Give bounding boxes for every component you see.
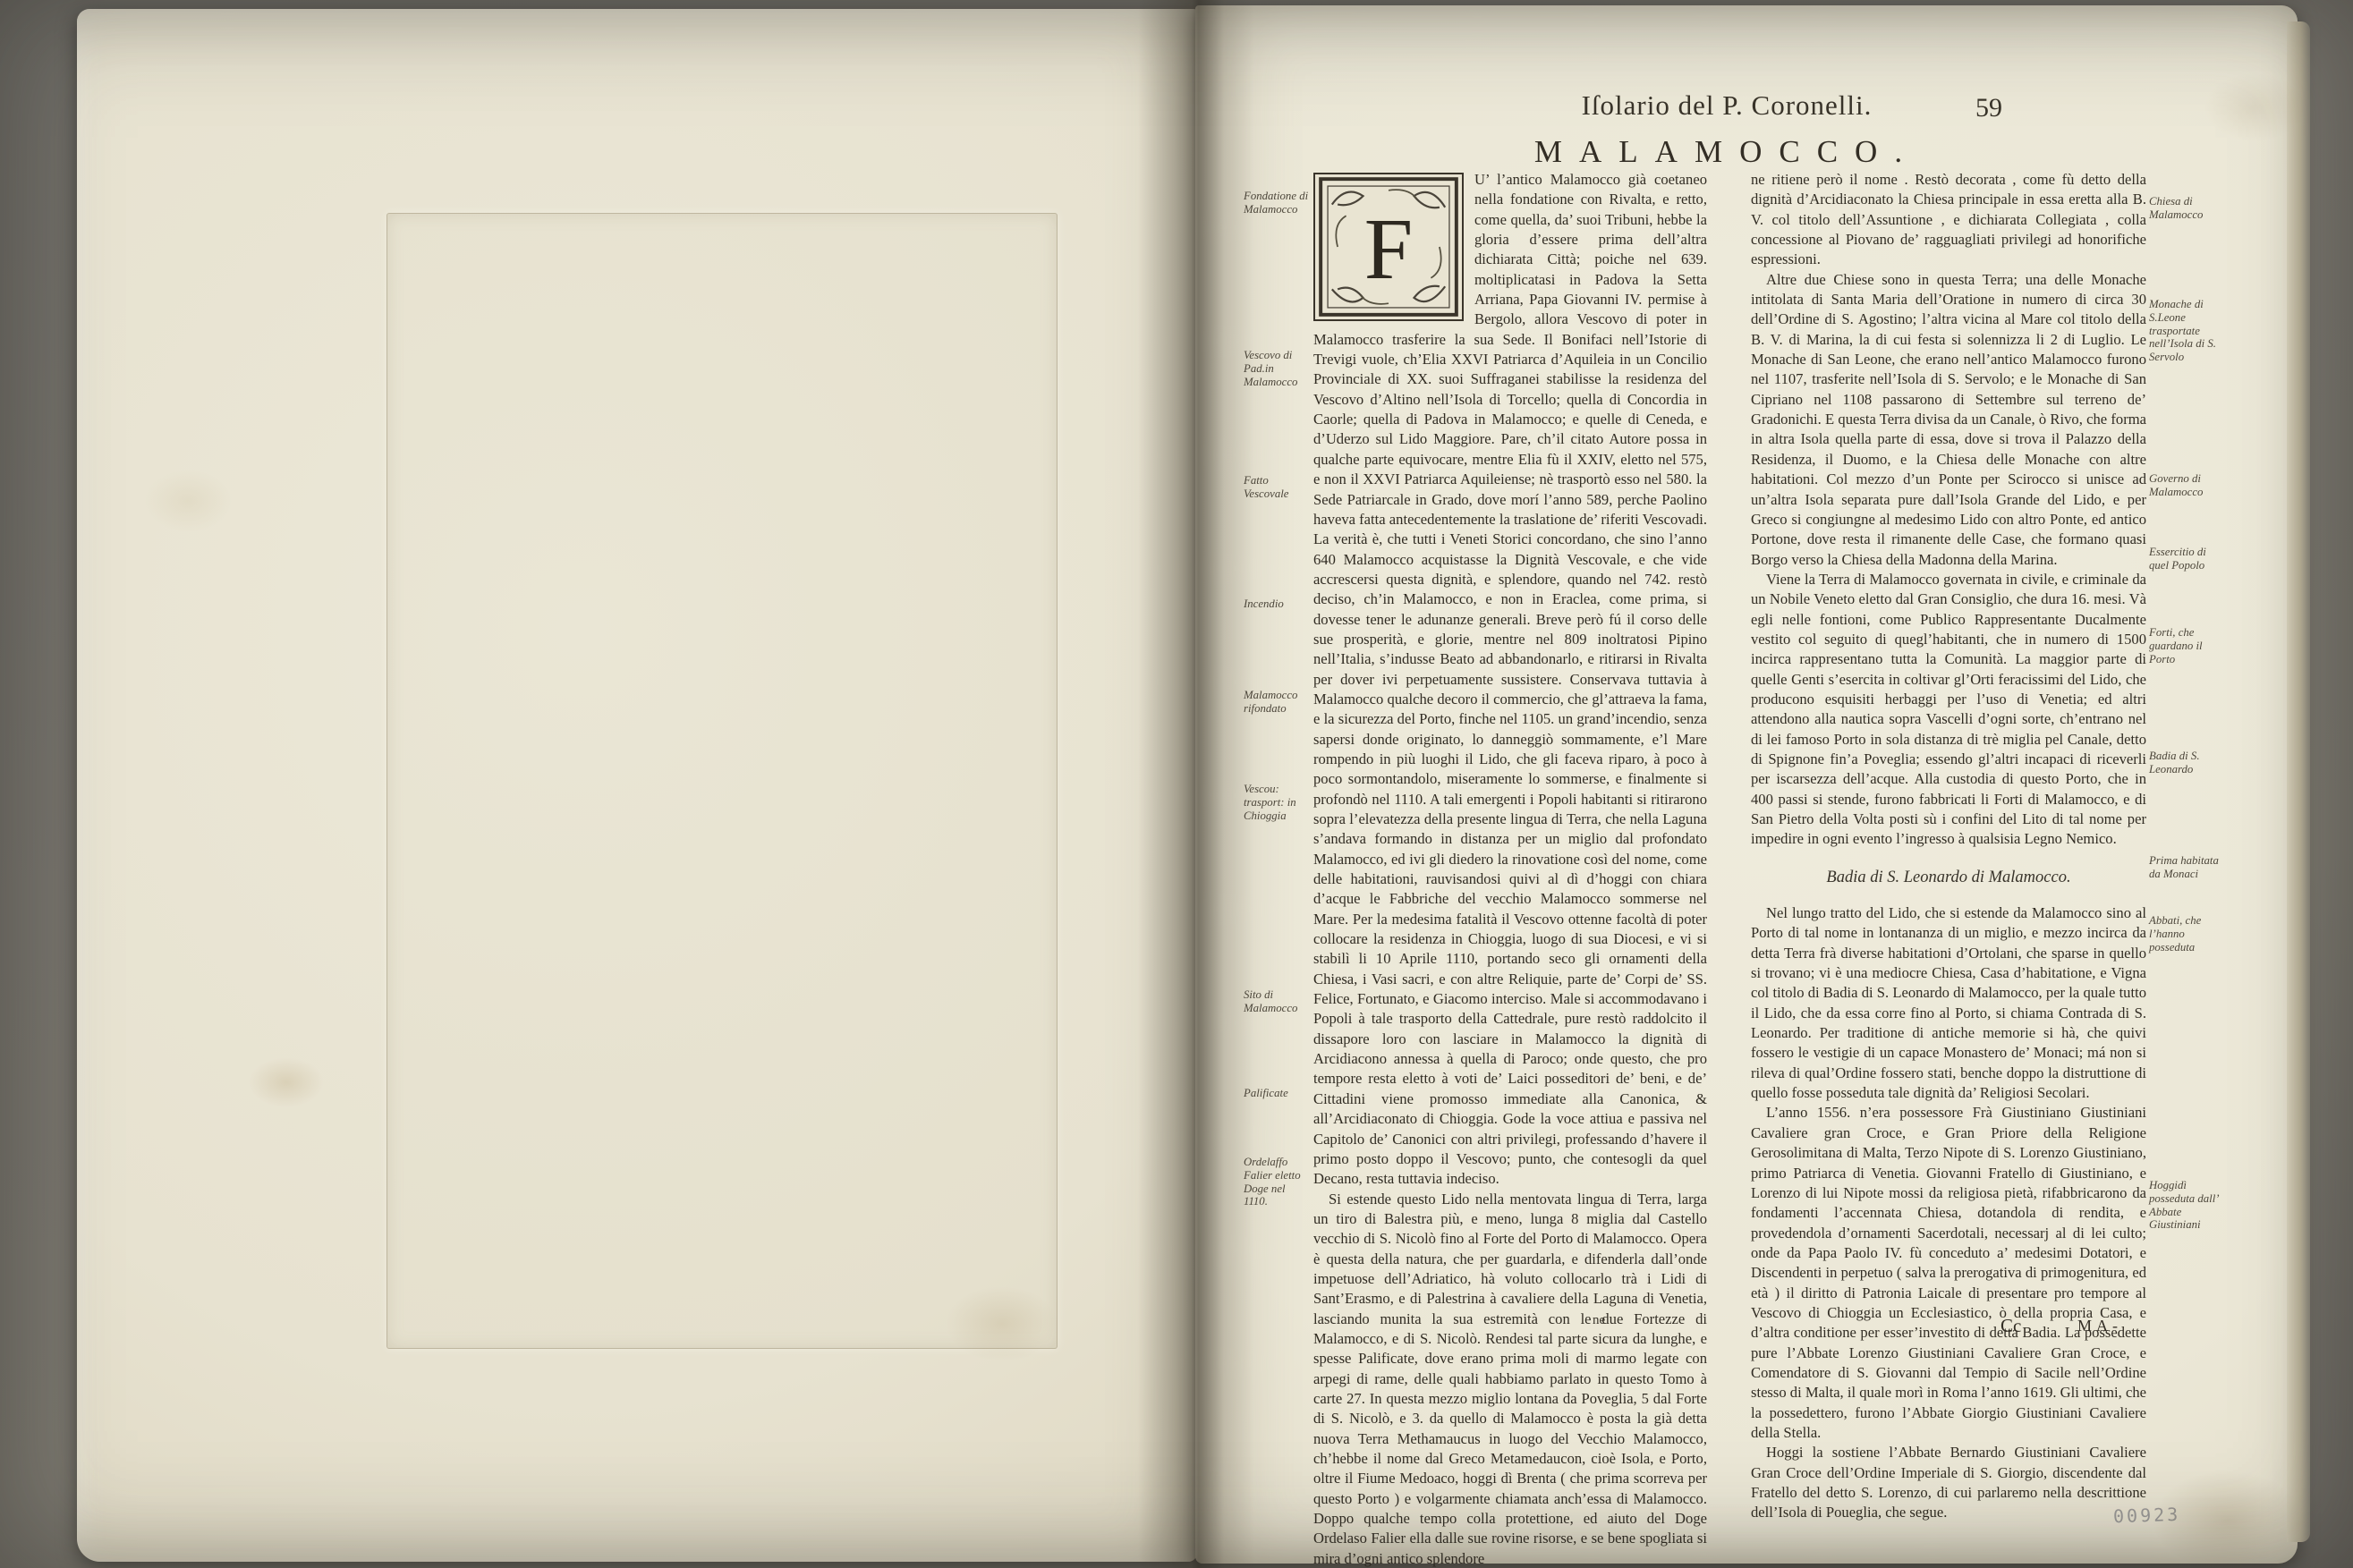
blank-left-page: [77, 9, 1197, 1562]
running-head: Iſolario del P. Coronelli.: [1467, 89, 1986, 122]
margin-note: Vescovo di Pad.in Malamocco: [1244, 349, 1312, 388]
gutter-shadow: [1138, 0, 1254, 1568]
woodcut-initial: F: [1313, 173, 1464, 321]
svg-text:F: F: [1364, 201, 1413, 298]
catchword-right-column: MA-: [2077, 1317, 2122, 1335]
section-heading: Badia di S. Leonardo di Malamocco.: [1751, 868, 2146, 887]
margin-note: Chiesa di Malamocco: [2149, 195, 2222, 222]
plate-mark: [387, 213, 1058, 1349]
margin-note: Forti, che guardano il Porto: [2149, 626, 2222, 665]
paragraph-text: U’ l’antico Malamocco già coetaneo nella…: [1313, 171, 1707, 1187]
signature-mark: Cc: [2000, 1315, 2021, 1337]
margin-note: Incendio: [1244, 598, 1312, 611]
paragraph: Si estende questo Lido nella mentovata l…: [1313, 1190, 1707, 1568]
column-left: F U’ l’antico Malamocco già coetaneo nel…: [1313, 170, 1707, 1568]
paragraph: Altre due Chiese sono in questa Terra; u…: [1751, 270, 2146, 570]
margin-note: Malamocco rifondato: [1244, 689, 1312, 716]
margin-note: Palificate: [1244, 1087, 1312, 1100]
margin-note: Fondatione di Malamocco: [1244, 190, 1312, 216]
margin-note: Ordelaffo Falier eletto Doge nel 1110.: [1244, 1156, 1312, 1208]
page-edge: [2287, 21, 2310, 1542]
paragraph: Nel lungo tratto del Lido, che si estend…: [1751, 903, 2146, 1103]
margin-note: Sito di Malamocco: [1244, 988, 1312, 1015]
page-title: MALAMOCCO.: [1342, 134, 2111, 170]
paragraph: L’anno 1556. n’era possessore Frà Giusti…: [1751, 1103, 2146, 1443]
paragraph: Viene la Terra di Malamocco governata in…: [1751, 570, 2146, 850]
page-number: 59: [1975, 93, 2002, 123]
woodcut-initial-art: F: [1317, 176, 1460, 318]
paragraph: F U’ l’antico Malamocco già coetaneo nel…: [1313, 170, 1707, 1190]
paragraph: Hoggi la sostiene l’Abbate Bernardo Gius…: [1751, 1443, 2146, 1522]
margin-note: Monache di S.Leone trasportate nell’Isol…: [2149, 298, 2222, 364]
margin-note: Fatto Vescovale: [1244, 474, 1312, 501]
margin-note: Vescou: trasport: in Chioggia: [1244, 783, 1312, 822]
paragraph: ne ritiene però il nome . Restò decorata…: [1751, 170, 2146, 270]
book-spread-photo: Iſolario del P. Coronelli. 59 MALAMOCCO.…: [0, 0, 2353, 1568]
inventory-stamp: 00923: [2113, 1504, 2181, 1528]
margin-note: Abbati, che l’hanno posseduta: [2149, 914, 2222, 954]
catchword-left-column: ne: [1593, 1313, 1605, 1328]
margin-note: Essercitio di quel Popolo: [2149, 546, 2222, 572]
margin-note: Hoggidì posseduta dall’ Abbate Giustinia…: [2149, 1179, 2222, 1232]
margin-note: Governo di Malamocco: [2149, 472, 2222, 499]
margin-note: Badia di S. Leonardo: [2149, 750, 2222, 776]
margin-note: Prima habitata da Monaci: [2149, 854, 2222, 881]
